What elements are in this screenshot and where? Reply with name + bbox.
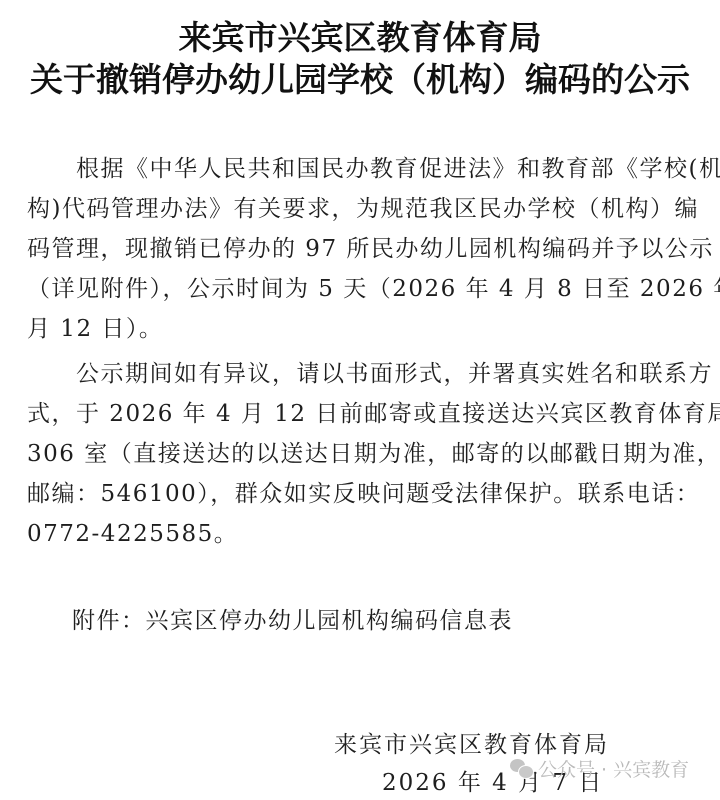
paragraph-line: 码管理，现撤销已停办的 97 所民办幼儿园机构编码并予以公示	[27, 230, 714, 263]
watermark-text: 公众号 · 兴宾教育	[538, 755, 689, 782]
paragraph-line: 0772-4225585。	[27, 515, 238, 548]
paragraph-line: 公示期间如有异议，请以书面形式，并署真实姓名和联系方	[27, 355, 713, 388]
paragraph-line: 构)代码管理办法》有关要求，为规范我区民办学校（机构）编	[27, 190, 699, 223]
paragraph-line: 306 室（直接送达的以送达日期为准，邮寄的以邮戳日期为准，	[27, 435, 720, 468]
watermark: 公众号 · 兴宾教育	[510, 755, 689, 782]
paragraph-line: 月 12 日）。	[27, 310, 163, 343]
paragraph-line: （详见附件），公示时间为 5 天（2026 年 4 月 8 日至 2026 年 …	[27, 270, 720, 303]
wechat-icon	[510, 759, 534, 779]
attachment-note: 附件：兴宾区停办幼儿园机构编码信息表	[72, 602, 513, 635]
title-line-1: 来宾市兴宾区教育体育局	[0, 12, 720, 59]
paragraph-line: 式，于 2026 年 4 月 12 日前邮寄或直接送达兴宾区教育体育局	[27, 395, 720, 428]
title-line-2: 关于撤销停办幼儿园学校（机构）编码的公示	[0, 54, 720, 101]
paragraph-line: 根据《中华人民共和国民办教育促进法》和教育部《学校(机	[27, 150, 720, 183]
paragraph-line: 邮编：546100），群众如实反映问题受法律保护。联系电话：	[27, 475, 700, 508]
